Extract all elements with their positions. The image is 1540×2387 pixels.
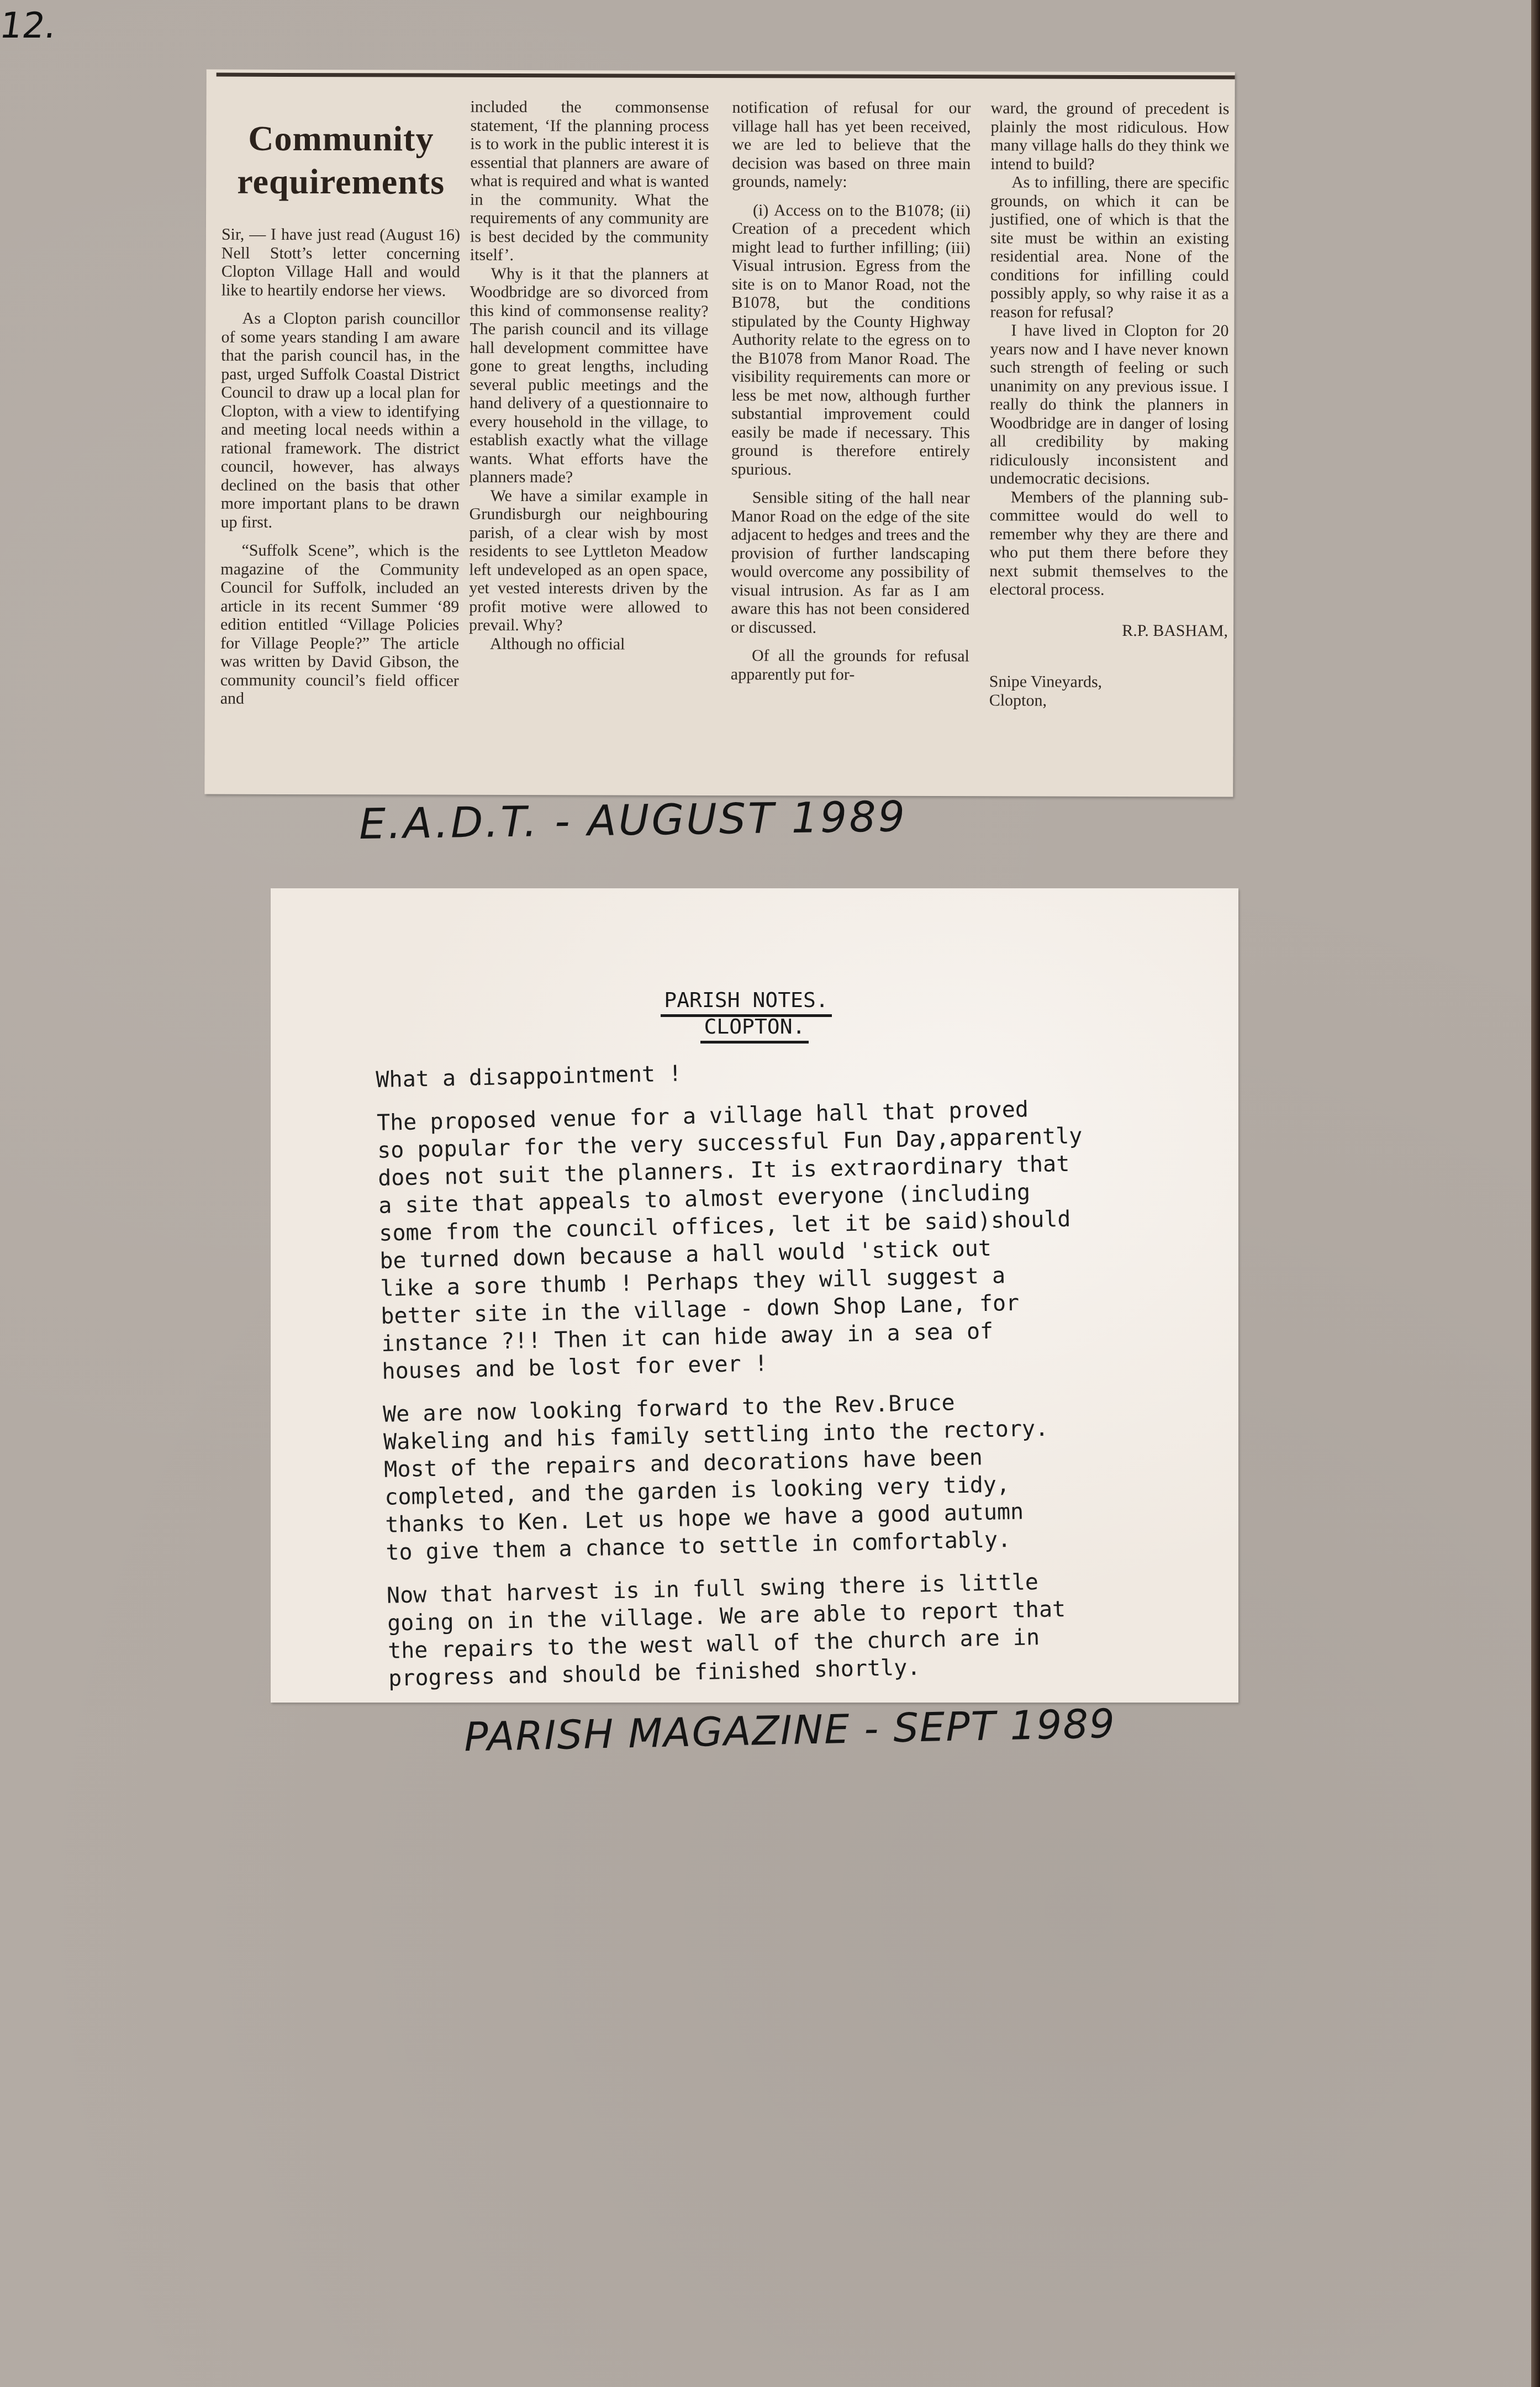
- paragraph: We are now looking forward to the Rev.Br…: [383, 1384, 1187, 1567]
- parish-notes-sheet: PARISH NOTES. CLOPTON. What a disappoint…: [271, 888, 1238, 1703]
- paragraph: notification of refusal for our village …: [732, 98, 971, 192]
- album-spine: [1531, 0, 1540, 2387]
- paragraph: We have a similar example in Grundisburg…: [469, 486, 708, 635]
- paragraph: “Suffolk Scene”, which is the magazine o…: [220, 541, 460, 709]
- paragraph: What a disappointment !: [376, 1050, 1177, 1094]
- paragraph: As to infilling, there are specific grou…: [990, 173, 1230, 322]
- paragraph: included the commonsense statement, ‘If …: [470, 98, 709, 265]
- clipping-column-1: Community requirements Sir, — I have jus…: [220, 101, 460, 786]
- paragraph: Although no official: [469, 634, 708, 654]
- handwritten-caption-eadt: E.A.D.T. - AUGUST 1989: [358, 792, 907, 849]
- paragraph: Why is it that the planners at Woodbridg…: [470, 264, 709, 487]
- signature: R.P. BASHAM,: [989, 621, 1228, 640]
- parish-notes-body: What a disappointment ! The proposed ven…: [376, 1050, 1190, 1708]
- paragraph: Now that harvest is in full swing there …: [387, 1565, 1190, 1692]
- clipping-column-3: notification of refusal for our village …: [730, 98, 971, 784]
- subtitle-text: CLOPTON.: [700, 1014, 808, 1044]
- paragraph: (i) Access on to the B1078; (ii) Creatio…: [731, 201, 971, 479]
- clipping-column-4: ward, the ground of precedent is plainly…: [989, 99, 1229, 784]
- handwritten-caption-parish-magazine: PARISH MAGAZINE - SEPT 1989: [463, 1700, 1116, 1761]
- clipping-rule: [217, 73, 1235, 80]
- paragraph: Members of the planning sub-committee wo…: [989, 488, 1228, 599]
- paragraph: ward, the ground of precedent is plainly…: [990, 99, 1229, 173]
- paragraph: As a Clopton parish councillor of some y…: [221, 309, 460, 532]
- paragraph: Sir, — I have just read (August 16) Nell…: [221, 225, 460, 300]
- paragraph: I have lived in Clopton for 20 years now…: [990, 321, 1229, 488]
- newspaper-clipping: Community requirements Sir, — I have jus…: [204, 70, 1235, 797]
- clipping-column-2: included the commonsense statement, ‘If …: [468, 98, 709, 783]
- paragraph: Sensible siting of the hall near Manor R…: [731, 488, 970, 637]
- address-line: Snipe Vineyards,: [989, 672, 1228, 692]
- address-line: Clopton,: [989, 691, 1228, 710]
- title-text: PARISH NOTES.: [661, 988, 831, 1017]
- page-number: 12.: [0, 6, 59, 46]
- paragraph: Of all the grounds for refusal apparentl…: [731, 646, 969, 684]
- paragraph: The proposed venue for a village hall th…: [377, 1093, 1183, 1385]
- headline: Community requirements: [221, 117, 460, 204]
- parish-notes-title: PARISH NOTES.: [254, 988, 1238, 1012]
- parish-notes-subtitle: CLOPTON.: [271, 1014, 1238, 1039]
